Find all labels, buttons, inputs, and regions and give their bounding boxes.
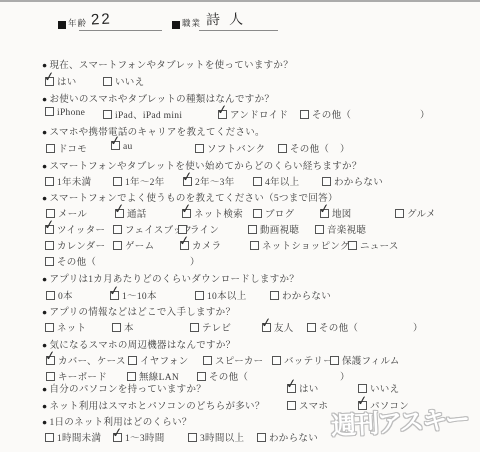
checkbox-icon[interactable] [195,291,204,300]
options-row: ネット 本 テレビ 友人 その他（ ） [0,320,480,334]
checkbox-option[interactable]: テレビ [190,320,231,334]
option-label: ドコモ [58,145,87,155]
checkbox-option[interactable]: その他（ [300,107,351,121]
checkbox-icon[interactable] [128,356,137,365]
option-label: わからない [334,178,383,188]
checkbox-option[interactable]: カバー、ケース [46,353,126,367]
question-text: ●お使いのスマホやタブレットの種類はなんですか？ [42,91,274,105]
checkbox-option[interactable]: 1年未満 [45,174,91,188]
checkbox-icon[interactable] [287,401,296,410]
option-label: 0本 [58,292,73,302]
checkbox-option[interactable]: 音楽視聴 [315,222,366,236]
bullet-icon: ● [42,161,47,171]
checkbox-icon[interactable] [45,323,54,332]
checkbox-option[interactable]: iPad、iPad mini [103,107,182,121]
option-label: 1時間未満 [57,434,101,444]
checkbox-icon[interactable] [112,323,121,332]
close-paren: ） [190,254,200,268]
option-label: 1～3時間 [125,434,165,444]
option-label: テレビ [202,324,231,334]
close-paren: ） [420,107,430,121]
checkbox-option[interactable]: カメラ [180,238,221,252]
checkbox-icon[interactable] [197,372,206,381]
checkbox-icon[interactable] [113,433,122,442]
option-label: iPhone [57,108,85,118]
checkbox-option[interactable]: グルメ [395,206,436,220]
checkbox-option[interactable]: スピーカー [203,353,263,367]
option-label: ニュース [360,242,399,252]
question-row: ●アプリは1カ月あたりどのくらいダウンロードしますか？ [0,271,480,285]
checkbox-icon[interactable] [46,291,55,300]
age-label: 年齢 [68,17,87,29]
question-label: アプリは1カ月あたりどのくらいダウンロードしますか？ [49,275,299,285]
occupation-underline [199,30,278,31]
question-label: 気になるスマホの周辺機器はなんですか？ [49,341,235,351]
option-label: iPad、iPad mini [115,111,182,121]
bullet-icon: ● [42,274,47,284]
option-label: スピーカー [215,357,263,367]
checkbox-icon[interactable] [103,77,112,86]
checkbox-option[interactable]: 1～10本 [110,288,157,302]
checkbox-icon[interactable] [287,384,296,393]
checkbox-option[interactable]: ネット [45,320,86,334]
question-text: ●スマホや携帯電話のキャリアを教えてください。 [42,124,265,138]
option-label: いいえ [115,78,144,88]
checkbox-option[interactable]: その他（ [45,254,96,268]
checkbox-icon[interactable] [127,372,136,381]
question-text: ●アプリは1カ月あたりどのくらいダウンロードしますか？ [42,271,299,285]
question-row: ●スマホや携帯電話のキャリアを教えてください。 [0,124,480,138]
checkbox-icon[interactable] [218,110,227,119]
checkbox-option[interactable]: 通話 [115,206,147,220]
option-label: アンドロイド [230,111,288,121]
bullet-icon: ● [42,401,47,411]
checkbox-icon[interactable] [113,241,122,250]
checkbox-option[interactable]: 1～3時間 [113,430,165,444]
option-label: わからない [269,434,318,444]
options-row: ドコモ au ソフトバンク その他（ ） [0,141,480,155]
checkbox-option[interactable]: 10本以上 [195,288,247,302]
question-text: ●現在、スマートフォンやタブレットを使っていますか？ [42,57,293,71]
checkbox-option[interactable]: 地図 [320,206,352,220]
close-paren: ） [413,320,423,334]
bullet-icon: ● [42,340,47,350]
option-label: 本 [124,324,134,334]
question-row: ●自分のパソコンを持っていますか？ はい いいえ [0,381,480,395]
checkbox-icon[interactable] [45,241,54,250]
option-label: カメラ [192,242,221,252]
bullet-icon: ● [42,384,47,394]
bullet-icon: ● [42,94,47,104]
checkbox-icon[interactable] [348,241,357,250]
checkbox-icon[interactable] [45,107,54,116]
option-label: 3時間以上 [200,434,244,444]
checkbox-icon[interactable] [115,209,124,218]
scan-edge [0,0,480,2]
checkbox-option[interactable]: カレンダー [45,238,105,252]
checkbox-icon[interactable] [45,433,54,442]
checkbox-option[interactable]: 1年～2年 [113,174,165,188]
question-label: ネット利用はスマホとパソコンのどちらが多い？ [49,402,264,412]
option-label: カレンダー [57,242,105,252]
checkbox-option[interactable]: ブログ [253,206,294,220]
checkbox-icon[interactable] [113,177,122,186]
question-text: ●気になるスマホの周辺機器はなんですか？ [42,337,235,351]
option-label: その他（ [57,258,96,268]
checkbox-icon[interactable] [307,323,316,332]
option-label: わからない [282,292,331,302]
question-row: ●スマートフォンやタブレットを使い始めてからどのくらい経ちますか？ [0,158,480,172]
option-label: ネットショッピング [262,242,350,252]
checkbox-option[interactable]: 本 [112,320,134,334]
question-label: お使いのスマホやタブレットの種類はなんですか？ [49,95,274,105]
checkbox-option[interactable]: ネットショッピング [250,238,350,252]
question-label: スマホや携帯電話のキャリアを教えてください。 [49,128,264,138]
checkbox-icon[interactable] [46,356,55,365]
checkbox-option[interactable]: ソフトバンク [195,141,265,155]
option-label: ソフトバンク [207,145,265,155]
occupation-value: 詩人 [206,9,252,30]
checkbox-icon[interactable] [257,433,266,442]
option-label: 4年以上 [265,178,299,188]
checkbox-icon[interactable] [253,209,262,218]
checkbox-icon[interactable] [188,433,197,442]
option-label: ネット検索 [194,210,243,220]
checkbox-icon[interactable] [248,225,257,234]
checkbox-option[interactable]: わからない [322,174,383,188]
checkbox-option[interactable]: 3時間以上 [188,430,244,444]
bullet-icon: ● [42,127,47,137]
bullet-icon: ● [42,417,47,427]
question-row: ●お使いのスマホやタブレットの種類はなんですか？ [0,91,480,105]
question-text: ●スマートフォンやタブレットを使い始めてからどのくらい経ちますか？ [42,158,362,172]
options-row: 1年未満 1年～2年 2年～3年 4年以上 わからない [0,174,480,188]
question-label: アプリの情報などはどこで入手しますか？ [49,308,235,318]
age-value: 22 [91,10,113,28]
checkbox-option[interactable]: ゲーム [113,238,154,252]
occupation-label: 職業 [182,17,201,29]
option-label: バッテリー [284,357,333,367]
bullet-icon: ● [42,307,47,317]
checkbox-option[interactable]: 0本 [46,288,73,302]
scanned-survey-form: 年齢 22 職業 詩人 ●現在、スマートフォンやタブレットを使っていますか？ は… [0,0,480,452]
checkbox-option[interactable]: 動画視聴 [248,222,299,236]
checkbox-option[interactable]: アンドロイド [218,107,288,121]
checkbox-option[interactable]: 保護フィルム [330,353,400,367]
checkbox-option[interactable]: その他（ [307,320,358,334]
checkbox-icon[interactable] [110,291,119,300]
checkbox-option[interactable]: iPhone [45,107,85,118]
option-label: メール [58,210,87,220]
checkbox-icon[interactable] [46,144,55,153]
checkbox-icon[interactable] [111,141,120,150]
checkbox-icon[interactable] [320,209,329,218]
age-underline [79,30,162,31]
checkbox-option[interactable]: au [111,141,133,152]
checkbox-icon[interactable] [330,356,339,365]
option-label: 友人 [274,324,294,334]
checkbox-option[interactable]: いいえ [103,74,144,88]
option-label: 10本以上 [207,292,247,302]
options-row: メール 通話 ネット検索 ブログ 地図 グルメ [0,206,480,220]
black-square-icon [172,21,180,29]
option-label: その他（ [290,145,329,155]
checkbox-option[interactable]: ドコモ [46,141,87,155]
option-label: ツイッター [57,226,105,236]
option-label: はい [57,78,77,88]
checkbox-icon[interactable] [250,241,259,250]
checkbox-icon[interactable] [103,110,112,119]
checkbox-option[interactable]: ネット検索 [182,206,243,220]
option-label: いいえ [370,385,399,395]
checkbox-option[interactable]: その他（ [278,141,329,155]
options-row: ツイッター フェイスブック ライン 動画視聴 音楽視聴 [0,222,480,236]
options-row: カレンダー ゲーム カメラ ネットショッピング ニュース [0,238,480,252]
option-label: 動画視聴 [260,226,299,236]
checkbox-icon[interactable] [358,384,367,393]
checkbox-icon[interactable] [300,110,309,119]
option-label: 2年～3年 [195,178,235,188]
checkbox-icon[interactable] [262,323,271,332]
checkbox-icon[interactable] [203,356,212,365]
checkbox-option[interactable]: ツイッター [45,222,105,236]
close-paren: ） [340,141,350,155]
checkbox-icon[interactable] [45,177,54,186]
checkbox-icon[interactable] [46,372,55,381]
question-row: ●アプリの情報などはどこで入手しますか？ [0,304,480,318]
checkbox-option[interactable]: スマホ [287,398,328,412]
option-label: その他（ [312,111,351,121]
question-row: ●気になるスマホの周辺機器はなんですか？ [0,337,480,351]
option-label: カバー、ケース [58,357,126,367]
option-label: ネット [57,324,86,334]
checkbox-icon[interactable] [195,144,204,153]
question-text: ●自分のパソコンを持っていますか？ [42,381,206,395]
option-label: 保護フィルム [342,357,400,367]
question-label: 現在、スマートフォンやタブレットを使っていますか？ [49,61,293,71]
option-label: 1年未満 [57,178,91,188]
weekly-ascii-watermark: 週刊アスキー [330,399,469,442]
checkbox-icon[interactable] [270,291,279,300]
option-label: はい [299,385,319,395]
checkbox-icon[interactable] [395,209,404,218]
checkbox-option[interactable]: はい [287,381,319,395]
checkbox-option[interactable]: わからない [257,430,318,444]
checkbox-icon[interactable] [272,356,281,365]
checkbox-icon[interactable] [182,209,191,218]
options-row: カバー、ケース イヤフォン スピーカー バッテリー 保護フィルム [0,353,480,367]
option-label: ブログ [265,210,294,220]
question-text: ●ネット利用はスマホとパソコンのどちらが多い？ [42,398,265,412]
checkbox-icon[interactable] [45,225,54,234]
checkbox-icon[interactable] [278,144,287,153]
option-label: その他（ [319,324,358,334]
checkbox-option[interactable]: ニュース [348,238,399,252]
checkbox-option[interactable]: 1時間未満 [45,430,101,444]
option-label: 1～10本 [122,292,157,302]
option-label: 音楽視聴 [327,226,366,236]
question-row: ●スマートフォンでよく使うものを教えてください（5つまで回答） [0,190,480,204]
question-label: スマートフォンでよく使うものを教えてください（5つまで回答） [49,194,337,204]
checkbox-option[interactable]: わからない [270,288,331,302]
bullet-icon: ● [42,193,47,203]
bullet-icon: ● [42,60,47,70]
checkbox-icon[interactable] [253,177,262,186]
option-label: イヤフォン [140,357,189,367]
question-text: ●アプリの情報などはどこで入手しますか？ [42,304,235,318]
checkbox-icon[interactable] [45,257,54,266]
checkbox-icon[interactable] [322,177,331,186]
checkbox-option[interactable]: バッテリー [272,353,333,367]
options-row: 0本 1～10本 10本以上 わからない [0,288,480,302]
checkbox-option[interactable]: 2年～3年 [183,174,235,188]
option-label: 地図 [332,210,352,220]
black-square-icon [58,21,66,29]
option-label: au [123,142,133,152]
option-label: スマホ [299,402,328,412]
checkbox-option[interactable]: 友人 [262,320,294,334]
checkbox-icon[interactable] [180,241,189,250]
checkbox-option[interactable]: イヤフォン [128,353,189,367]
option-label: 通話 [127,210,147,220]
options-row: iPhone iPad、iPad mini アンドロイド その他（ ） [0,107,480,121]
question-label: スマートフォンやタブレットを使い始めてからどのくらい経ちますか？ [49,162,361,172]
checkbox-option[interactable]: 4年以上 [253,174,299,188]
checkbox-icon[interactable] [190,323,199,332]
option-label: ライン [190,226,219,236]
checkbox-icon[interactable] [45,77,54,86]
options-row: その他（ ） [0,254,480,268]
checkbox-icon[interactable] [183,177,192,186]
option-label: グルメ [407,210,436,220]
options-row: はい いいえ [0,74,480,88]
question-row: ●現在、スマートフォンやタブレットを使っていますか？ [0,57,480,71]
checkbox-icon[interactable] [315,225,324,234]
option-label: 1年～2年 [125,178,165,188]
option-label: ゲーム [125,242,154,252]
checkbox-option[interactable]: はい [45,74,77,88]
question-label: 自分のパソコンを持っていますか？ [49,385,206,395]
checkbox-icon[interactable] [113,225,122,234]
